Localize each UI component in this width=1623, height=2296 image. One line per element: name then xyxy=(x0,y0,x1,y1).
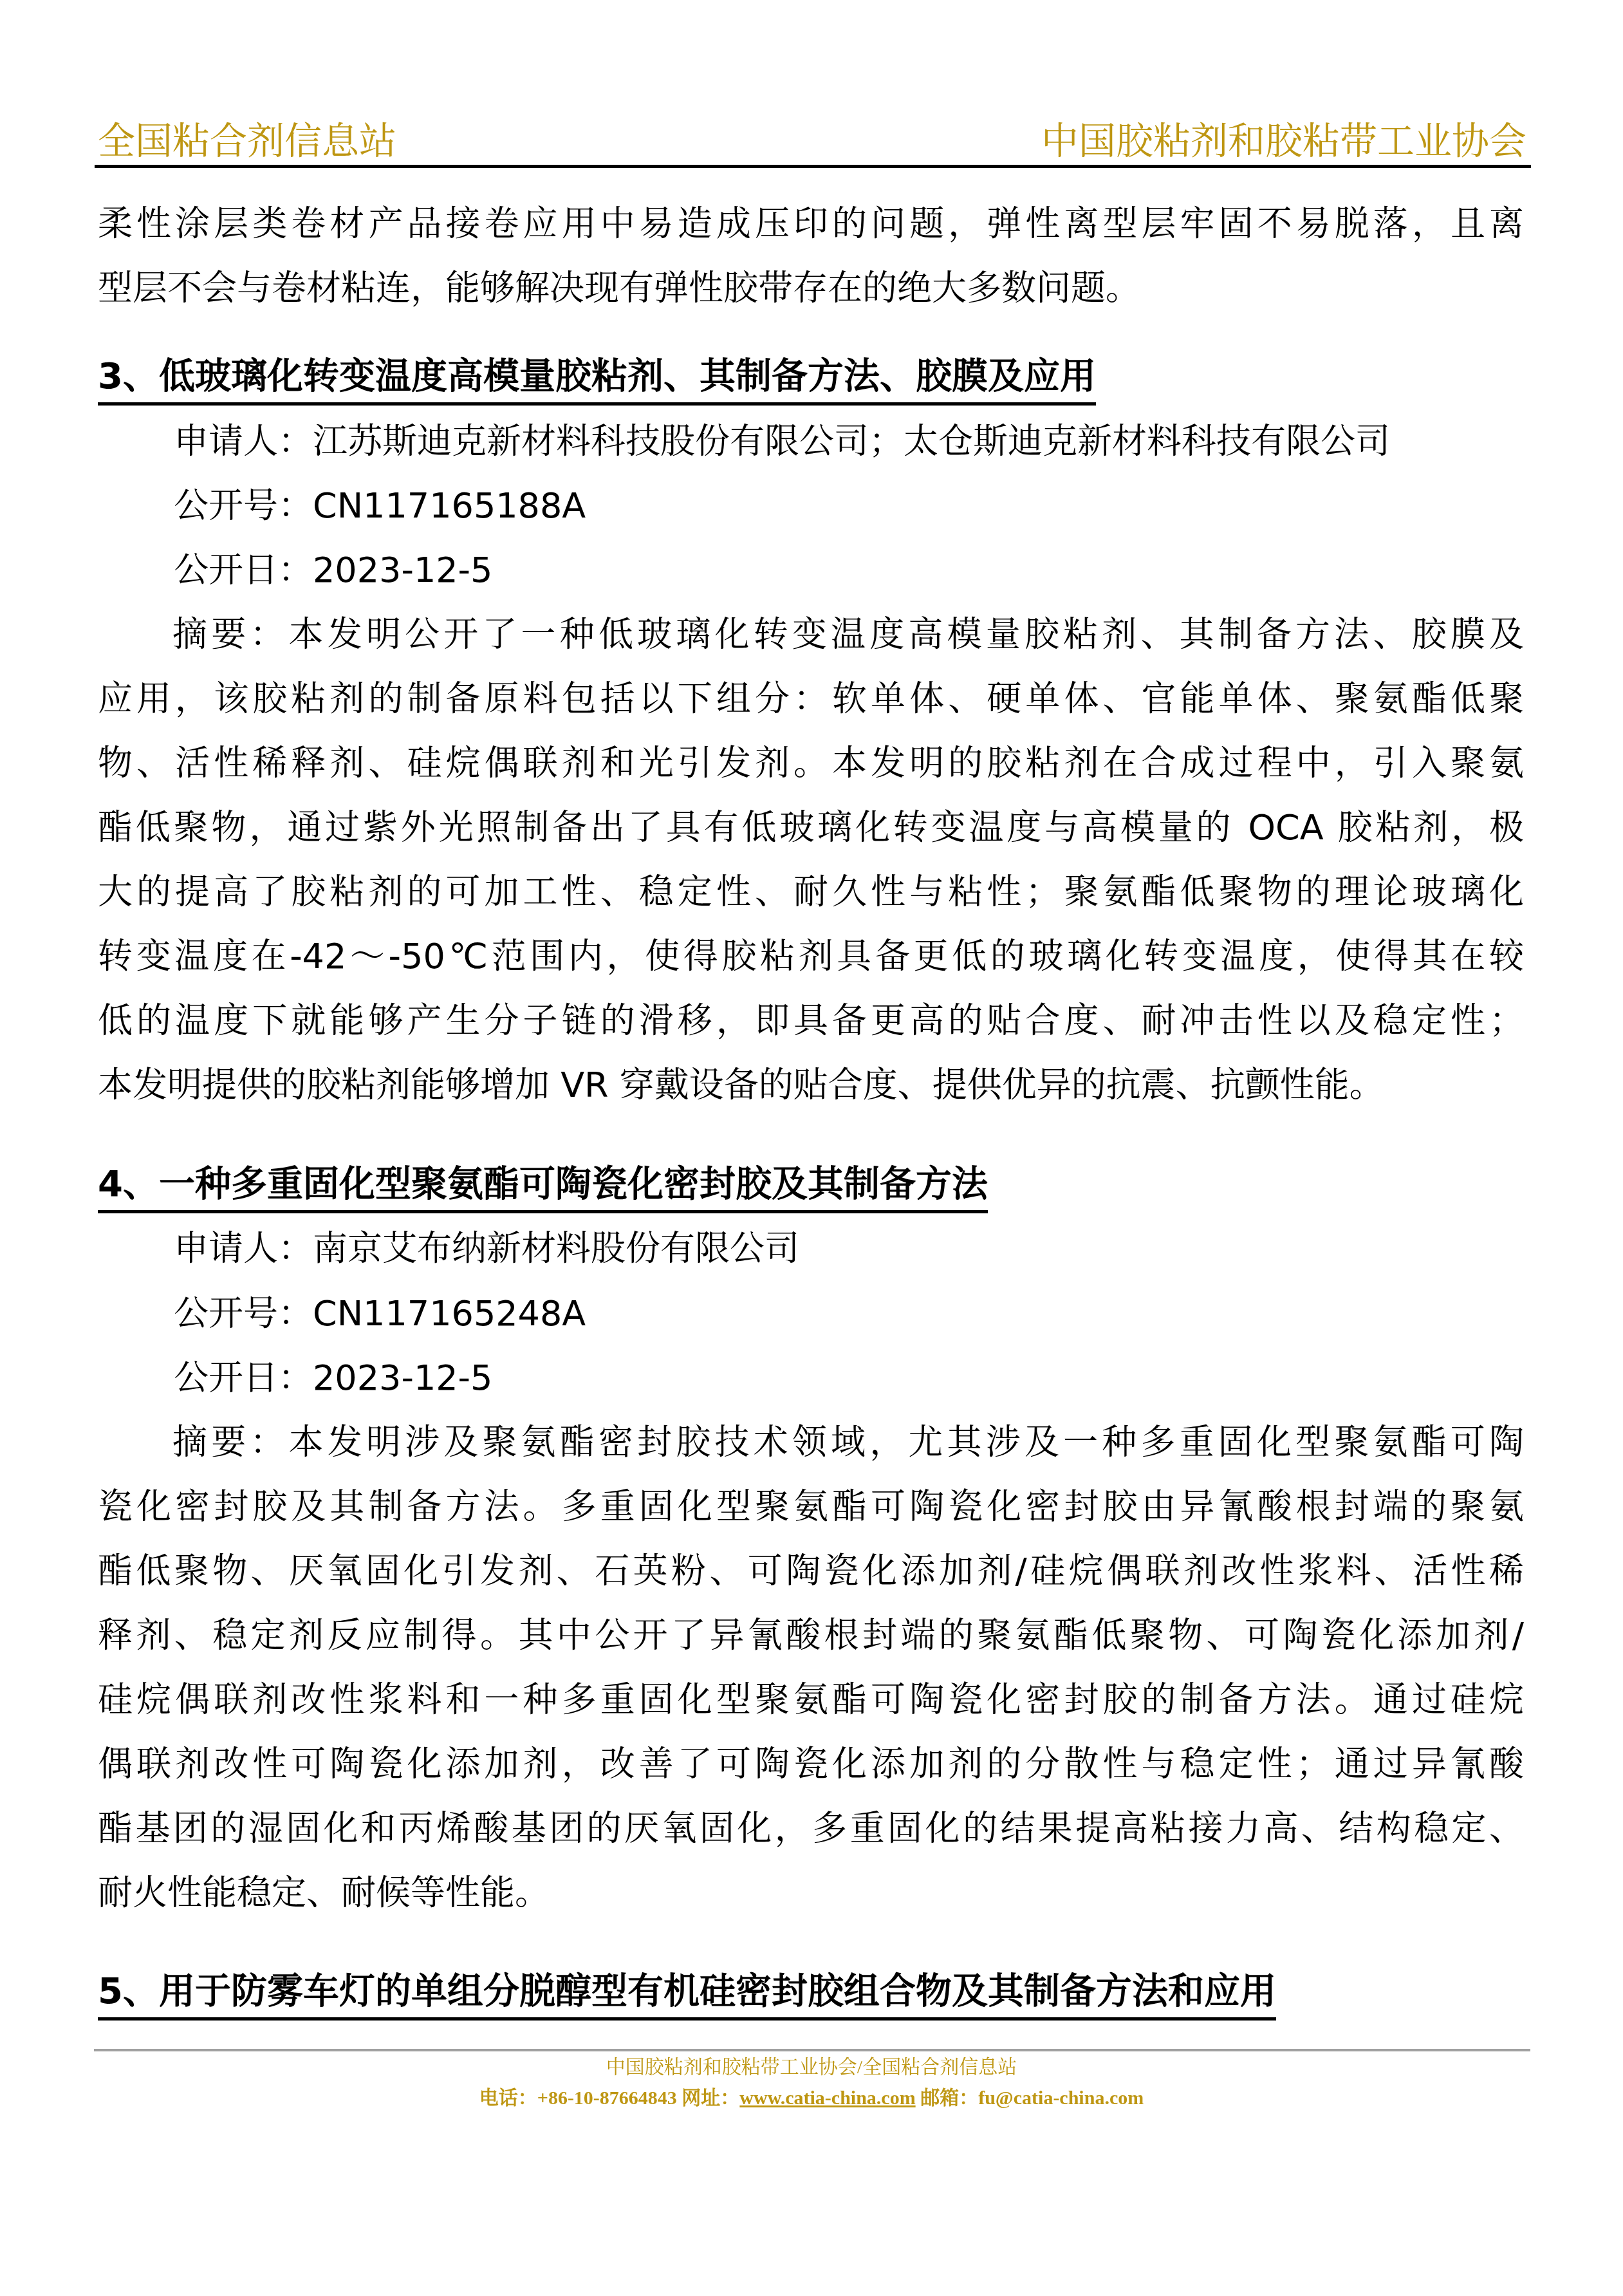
pub-date-label: 公开日： xyxy=(174,550,313,590)
item-3-abstract-line: 本发明提供的胶粘剂能够增加 VR 穿戴设备的贴合度、提供优异的抗震、抗颤性能。 xyxy=(98,1053,1524,1117)
item-3-abstract-line: 应用，该胶粘剂的制备原料包括以下组分：软单体、硬单体、官能单体、聚氨酯低聚 xyxy=(98,667,1524,731)
applicant-value: 南京艾布纳新材料股份有限公司 xyxy=(313,1228,799,1269)
item-3-applicant: 申请人：江苏斯迪克新材料科技股份有限公司；太仓斯迪克新材料科技有限公司 xyxy=(174,409,1390,474)
pub-no-value: CN117165188A xyxy=(313,485,586,526)
pub-no-label: 公开号： xyxy=(174,1293,313,1334)
item-4-abstract-line: 偶联剂改性可陶瓷化添加剂，改善了可陶瓷化添加剂的分散性与稳定性；通过异氰酸 xyxy=(98,1732,1524,1797)
item-4-applicant: 申请人：南京艾布纳新材料股份有限公司 xyxy=(174,1217,799,1281)
item-3-abstract-line: 酯低聚物，通过紫外光照制备出了具有低玻璃化转变温度与高模量的 OCA 胶粘剂，极 xyxy=(98,796,1524,860)
header-divider xyxy=(95,165,1531,168)
item-3-abstract-line: 低的温度下就能够产生分子链的滑移，即具备更高的贴合度、耐冲击性以及稳定性； xyxy=(98,989,1524,1053)
pub-no-label: 公开号： xyxy=(174,485,313,526)
site-label: 网址： xyxy=(677,2087,740,2109)
header-right-association-name: 中国胶粘剂和胶粘带工业协会 xyxy=(1041,118,1526,163)
item-4-abstract-line: 耐火性能稳定、耐候等性能。 xyxy=(98,1861,1524,1925)
phone-value: +86-10-87664843 xyxy=(537,2087,677,2109)
item-4-pub-date: 公开日：2023-12-5 xyxy=(174,1346,492,1410)
phone-label: 电话： xyxy=(479,2087,537,2109)
email-value[interactable]: fu@catia-china.com xyxy=(978,2087,1144,2109)
pub-date-value: 2023-12-5 xyxy=(313,1358,492,1398)
item-4-abstract-line: 酯低聚物、厌氧固化引发剂、石英粉、可陶瓷化添加剂/硅烷偶联剂改性浆料、活性稀 xyxy=(98,1539,1524,1603)
continuation-line: 柔性涂层类卷材产品接卷应用中易造成压印的问题，弹性离型层牢固不易脱落，且离 xyxy=(98,192,1524,256)
continuation-line: 型层不会与卷材粘连，能够解决现有弹性胶带存在的绝大多数问题。 xyxy=(98,256,1524,321)
footer-org-line: 中国胶粘剂和胶粘带工业协会/全国粘合剂信息站 xyxy=(0,2055,1623,2080)
item-3-abstract-line: 大的提高了胶粘剂的可加工性、稳定性、耐久性与粘性；聚氨酯低聚物的理论玻璃化 xyxy=(98,860,1524,924)
item-4-abstract-line: 酯基团的湿固化和丙烯酸基团的厌氧固化，多重固化的结果提高粘接力高、结构稳定、 xyxy=(98,1797,1524,1861)
applicant-label: 申请人： xyxy=(174,421,313,462)
pub-date-label: 公开日： xyxy=(174,1358,313,1398)
item-4-abstract-line: 摘要：本发明涉及聚氨酯密封胶技术领域，尤其涉及一种多重固化型聚氨酯可陶 xyxy=(172,1410,1524,1475)
item-5-title: 5、用于防雾车灯的单组分脱醇型有机硅密封胶组合物及其制备方法和应用 xyxy=(98,1966,1276,2021)
item-4-abstract-line: 瓷化密封胶及其制备方法。多重固化型聚氨酯可陶瓷化密封胶由异氰酸根封端的聚氨 xyxy=(98,1475,1524,1539)
email-label: 邮箱： xyxy=(916,2087,979,2109)
footer-divider xyxy=(94,2049,1530,2051)
item-3-title: 3、低玻璃化转变温度高模量胶粘剂、其制备方法、胶膜及应用 xyxy=(98,351,1096,406)
footer-contact-line: 电话：+86-10-87664843 网址：www.catia-china.co… xyxy=(0,2086,1623,2111)
item-3-pub-date: 公开日：2023-12-5 xyxy=(174,538,492,602)
applicant-label: 申请人： xyxy=(174,1228,313,1269)
pub-date-value: 2023-12-5 xyxy=(313,550,492,590)
item-3-abstract-line: 转变温度在-42～-50℃范围内，使得胶粘剂具备更低的玻璃化转变温度，使得其在较 xyxy=(98,924,1524,989)
document-page: 全国粘合剂信息站 中国胶粘剂和胶粘带工业协会 柔性涂层类卷材产品接卷应用中易造成… xyxy=(0,0,1623,2296)
pub-no-value: CN117165248A xyxy=(313,1293,586,1334)
item-4-abstract-line: 释剂、稳定剂反应制得。其中公开了异氰酸根封端的聚氨酯低聚物、可陶瓷化添加剂/ xyxy=(98,1603,1524,1668)
item-4-abstract-line: 硅烷偶联剂改性浆料和一种多重固化型聚氨酯可陶瓷化密封胶的制备方法。通过硅烷 xyxy=(98,1668,1524,1732)
item-4-pub-no: 公开号：CN117165248A xyxy=(174,1282,586,1346)
item-4-title: 4、一种多重固化型聚氨酯可陶瓷化密封胶及其制备方法 xyxy=(98,1159,988,1213)
item-3-abstract-line: 物、活性稀释剂、硅烷偶联剂和光引发剂。本发明的胶粘剂在合成过程中，引入聚氨 xyxy=(98,731,1524,796)
applicant-value: 江苏斯迪克新材料科技股份有限公司；太仓斯迪克新材料科技有限公司 xyxy=(313,421,1390,462)
header-left-site-name: 全国粘合剂信息站 xyxy=(98,118,396,163)
item-3-abstract-line: 摘要：本发明公开了一种低玻璃化转变温度高模量胶粘剂、其制备方法、胶膜及 xyxy=(172,602,1524,667)
item-3-pub-no: 公开号：CN117165188A xyxy=(174,474,586,538)
website-link[interactable]: www.catia-china.com xyxy=(739,2087,915,2109)
